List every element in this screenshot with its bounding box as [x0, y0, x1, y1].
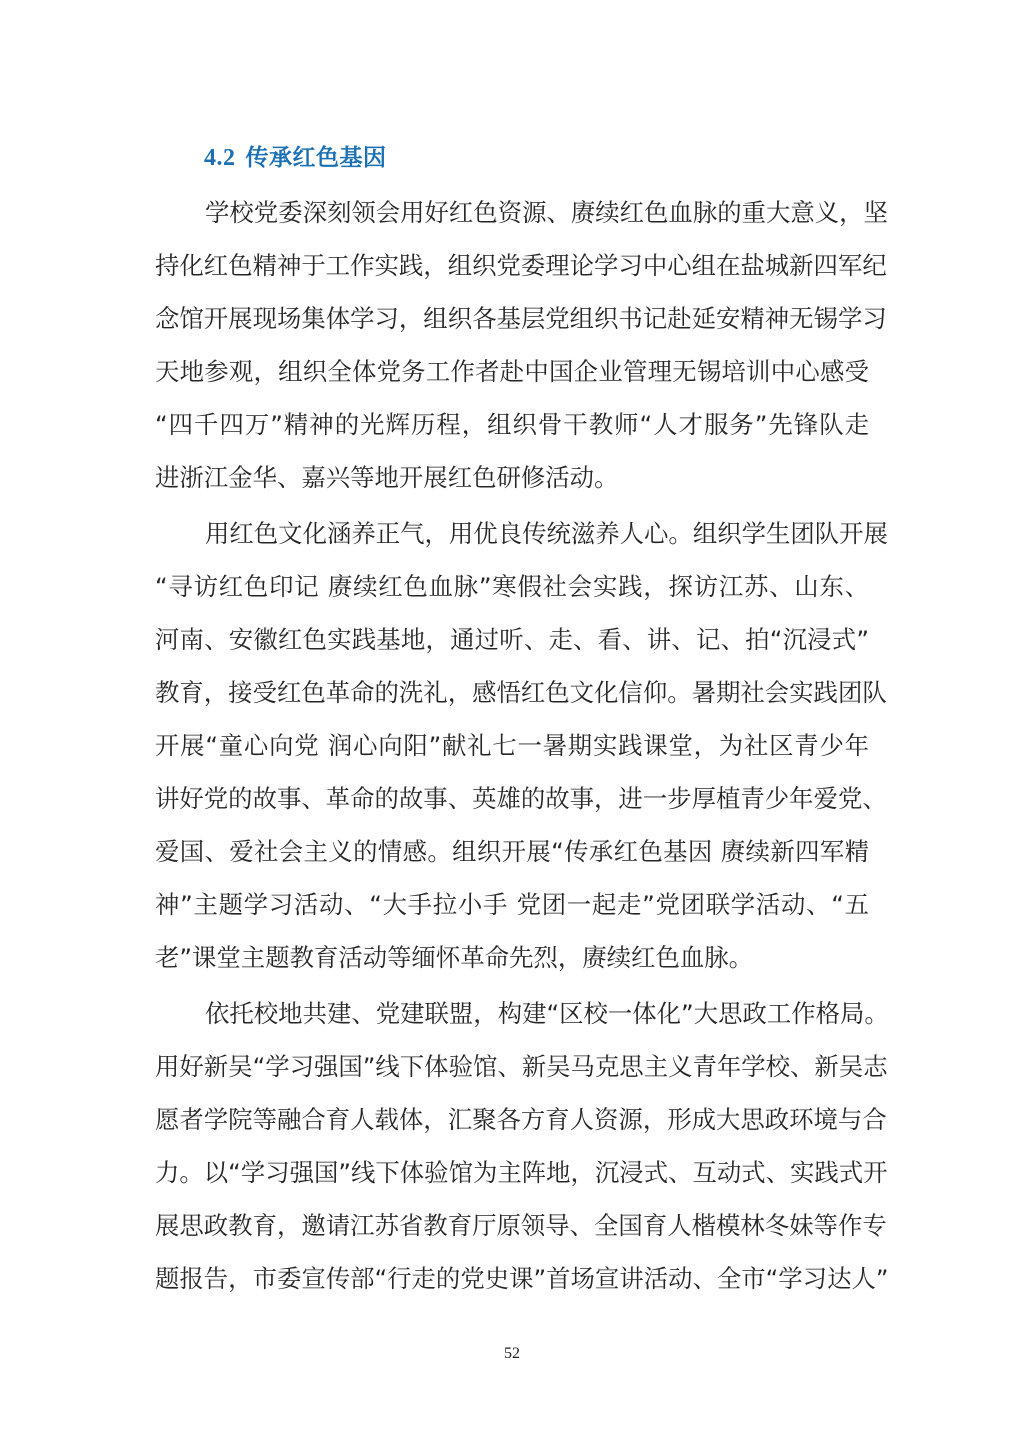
paragraph-line: 开展“童心向党 润心向阳”献礼七一暑期实践课堂，为社区青少年 — [155, 729, 869, 763]
paragraph-line: 题报告，市委宣传部“行走的党史课”首场宣讲活动、全市“学习达人” — [155, 1262, 869, 1296]
paragraph-line: 河南、安徽红色实践基地，通过听、走、看、讲、记、拍“沉浸式” — [155, 623, 869, 657]
paragraph-line: 老”课堂主题教育活动等缅怀革命先烈，赓续红色血脉。 — [155, 941, 869, 975]
paragraph-line: “寻访红色印记 赓续红色血脉”寒假社会实践，探访江苏、山东、 — [155, 570, 869, 604]
paragraph-line: 依托校地共建、党建联盟，构建“区校一体化”大思政工作格局。 — [205, 997, 869, 1031]
paragraph-line: 爱国、爱社会主义的情感。组织开展“传承红色基因 赓续新四军精 — [155, 835, 869, 869]
paragraph-line: 力。以“学习强国”线下体验馆为主阵地，沉浸式、互动式、实践式开 — [155, 1156, 869, 1190]
paragraph-line: 学校党委深刻领会用好红色资源、赓续红色血脉的重大意义，坚 — [205, 196, 869, 230]
paragraph-line: 念馆开展现场集体学习，组织各基层党组织书记赴延安精神无锡学习 — [155, 302, 869, 336]
page-number: 52 — [0, 1345, 1024, 1363]
paragraph-line: 展思政教育，邀请江苏省教育厅原领导、全国育人楷模林冬妹等作专 — [155, 1209, 869, 1243]
paragraph-line: 用好新吴“学习强国”线下体验馆、新吴马克思主义青年学校、新吴志 — [155, 1050, 869, 1084]
section-number: 4.2 — [204, 145, 236, 171]
paragraph-line: 持化红色精神于工作实践，组织党委理论学习中心组在盐城新四军纪 — [155, 249, 869, 283]
document-page: 4.2传承红色基因 学校党委深刻领会用好红色资源、赓续红色血脉的重大意义，坚 持… — [0, 0, 1024, 1448]
paragraph-line: “四千四万”精神的光辉历程，组织骨干教师“人才服务”先锋队走 — [155, 408, 869, 442]
paragraph-line: 愿者学院等融合育人载体，汇聚各方育人资源，形成大思政环境与合 — [155, 1103, 869, 1137]
paragraph-line: 教育，接受红色革命的洗礼，感悟红色文化信仰。暑期社会实践团队 — [155, 676, 869, 710]
paragraph-line: 神”主题学习活动、“大手拉小手 党团一起走”党团联学活动、“五 — [155, 888, 869, 922]
paragraph-line: 讲好党的故事、革命的故事、英雄的故事，进一步厚植青少年爱党、 — [155, 782, 869, 816]
paragraph-line: 天地参观，组织全体党务工作者赴中国企业管理无锡培训中心感受 — [155, 355, 869, 389]
paragraph-line: 进浙江金华、嘉兴等地开展红色研修活动。 — [155, 461, 869, 495]
section-heading: 4.2传承红色基因 — [204, 140, 387, 176]
paragraph-line: 用红色文化涵养正气，用优良传统滋养人心。组织学生团队开展 — [205, 517, 869, 551]
section-title: 传承红色基因 — [246, 145, 387, 171]
